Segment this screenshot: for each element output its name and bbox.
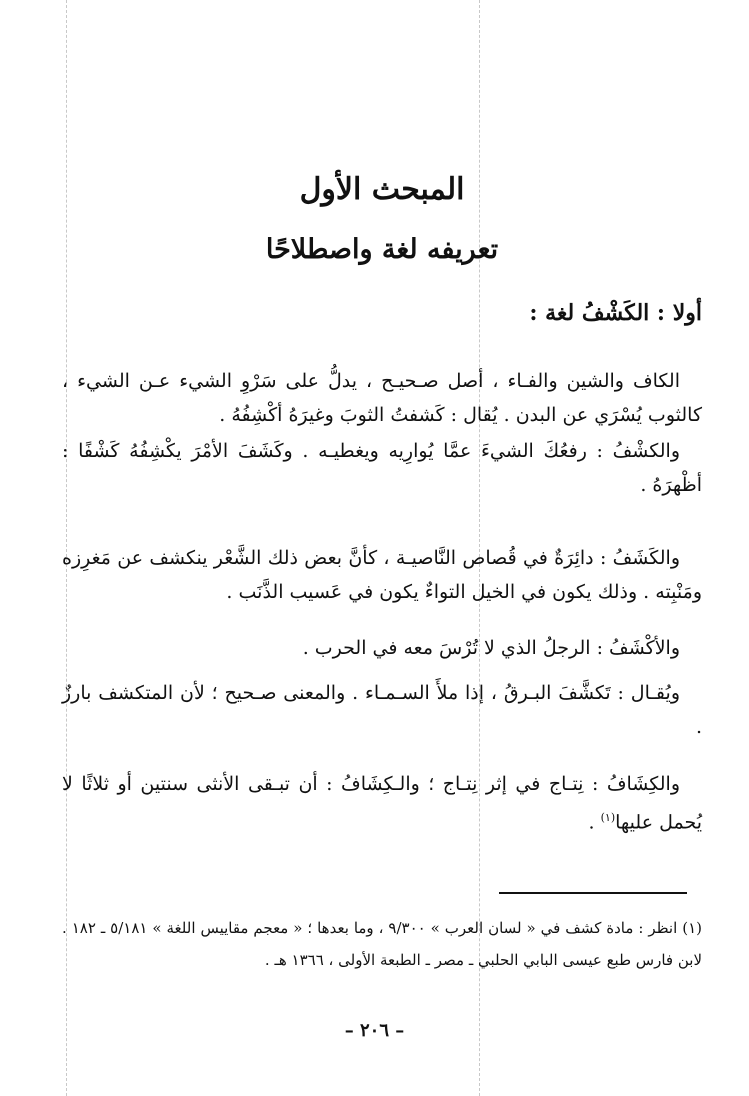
page-number: – ٢٠٦ – — [0, 1020, 749, 1041]
chapter-title: المبحث الأول — [62, 170, 702, 210]
paragraph-kishaf: والكِشَافُ : نِتـاج في إثر نِتـاج ؛ والـ… — [62, 767, 702, 839]
paragraph-akshaf: والأكْشَفُ : الرجلُ الذي لا تُرْسَ معه ف… — [62, 631, 702, 665]
section-heading: أولا : الكَشْفُ لغة : — [529, 298, 702, 328]
footnote-reference[interactable]: (١) — [601, 811, 616, 824]
footnote-divider — [499, 892, 687, 894]
paragraph-definition: الكاف والشين والفـاء ، أصل صـحيـح ، يدلُ… — [62, 364, 702, 432]
paragraph-kashf: والكشْفُ : رفعُكَ الشيءَ عمَّا يُوارِيه … — [62, 434, 702, 502]
footnotes: (١) انظر : مادة كشف في « لسان العرب » ٩/… — [62, 912, 702, 976]
paragraph-kashaf: والكَشَفُ : دائِرَةٌ في قُصاص النَّاصيـة… — [62, 541, 702, 609]
paragraph-kishaf-text: والكِشَافُ : نِتـاج في إثر نِتـاج ؛ والـ… — [62, 773, 702, 833]
chapter-subtitle: تعريفه لغة واصطلاحًا — [62, 230, 702, 270]
paragraph-takashshaf: ويُقـال : تَكشَّفَ البـرقُ ، إذا ملأَ ال… — [62, 676, 702, 744]
footnote-1: (١) انظر : مادة كشف في « لسان العرب » ٩/… — [62, 912, 702, 976]
